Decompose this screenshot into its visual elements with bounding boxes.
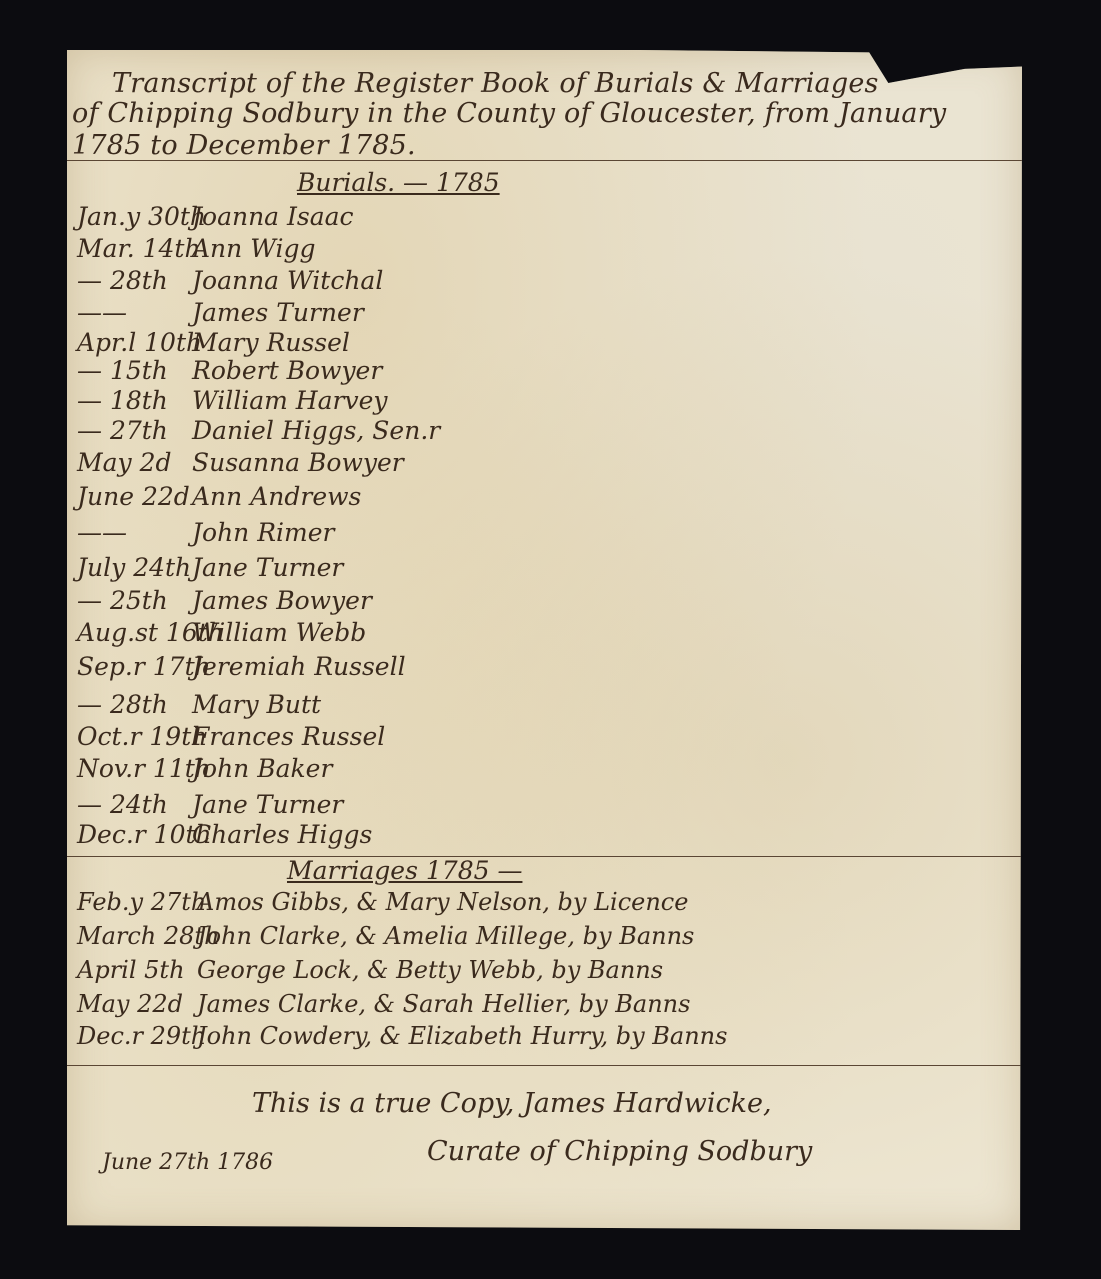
marriage-entry: Feb.y 27thAmos Gibbs, & Mary Nelson, by … [77, 888, 688, 916]
marriage-text: John Cowdery, & Elizabeth Hurry, by Bann… [197, 1022, 727, 1050]
burial-date: — 28th [77, 690, 192, 719]
burial-date: June 22d [77, 482, 192, 511]
burial-date: Jan.y 30th [77, 202, 192, 231]
burial-name: Mary Butt [192, 690, 321, 719]
burial-date: — 15th [77, 356, 192, 385]
burial-entry: Dec.r 10thCharles Higgs [77, 820, 372, 848]
burial-entry: Apr.l 10thMary Russel [77, 328, 350, 356]
burial-name: Jeremiah Russell [192, 652, 406, 681]
burial-entry: Mar. 14thAnn Wigg [77, 234, 315, 262]
burial-name: William Harvey [192, 386, 388, 415]
marriages-divider [67, 1065, 1022, 1066]
burial-date: Dec.r 10th [77, 820, 192, 849]
burial-entry: — 28thJoanna Witchal [77, 266, 383, 294]
burial-date: Aug.st 16th [77, 618, 192, 647]
burial-name: Frances Russel [192, 722, 385, 751]
attestation-line-1: This is a true Copy, James Hardwicke, [252, 1088, 772, 1119]
burial-name: Ann Wigg [192, 234, 315, 263]
marriage-text: George Lock, & Betty Webb, by Banns [197, 956, 663, 984]
marriage-entry: May 22dJames Clarke, & Sarah Hellier, by… [77, 990, 690, 1018]
burial-name: Joanna Witchal [192, 266, 383, 295]
burial-entry: Jan.y 30thJoanna Isaac [77, 202, 354, 230]
marriage-entry: Dec.r 29thJohn Cowdery, & Elizabeth Hurr… [77, 1022, 727, 1050]
marriage-text: James Clarke, & Sarah Hellier, by Banns [197, 990, 690, 1018]
burial-date: May 2d [77, 448, 192, 477]
burial-date: — 24th [77, 790, 192, 819]
manuscript-page: Transcript of the Register Book of Buria… [67, 50, 1022, 1230]
burial-name: Jane Turner [192, 553, 343, 582]
burial-entry: — 25thJames Bowyer [77, 586, 372, 614]
burial-name: Robert Bowyer [192, 356, 382, 385]
burials-divider [67, 856, 1022, 857]
burial-entry: Oct.r 19thFrances Russel [77, 722, 385, 750]
marriage-date: March 28th [77, 922, 197, 950]
burial-entry: Sep.r 17thJeremiah Russell [77, 652, 406, 680]
burial-entry: — 15thRobert Bowyer [77, 356, 382, 384]
marriage-date: Dec.r 29th [77, 1022, 197, 1050]
burial-name: Jane Turner [192, 790, 343, 819]
marriage-text: Amos Gibbs, & Mary Nelson, by Licence [197, 888, 688, 916]
burial-name: Daniel Higgs, Sen.r [192, 416, 440, 445]
marriage-text: John Clarke, & Amelia Millege, by Banns [197, 922, 694, 950]
title-line-2: of Chipping Sodbury in the County of Glo… [72, 98, 946, 129]
burial-name: James Bowyer [192, 586, 372, 615]
burial-entry: July 24thJane Turner [77, 553, 343, 581]
burial-name: John Baker [192, 754, 332, 783]
burial-name: James Turner [192, 298, 364, 327]
burial-date: July 24th [77, 553, 192, 582]
marriages-heading: Marriages 1785 — [287, 856, 522, 885]
burials-heading: Burials. — 1785 [297, 168, 500, 197]
burial-entry: — 18thWilliam Harvey [77, 386, 388, 414]
attestation-line-2: Curate of Chipping Sodbury [427, 1136, 812, 1167]
burial-name: Susanna Bowyer [192, 448, 404, 477]
burial-date: —— [77, 298, 192, 327]
burial-entry: — 24thJane Turner [77, 790, 343, 818]
burial-date: Mar. 14th [77, 234, 192, 263]
marriage-entry: March 28thJohn Clarke, & Amelia Millege,… [77, 922, 694, 950]
burial-date: — 27th [77, 416, 192, 445]
burial-date: — 18th [77, 386, 192, 415]
burial-name: Joanna Isaac [192, 202, 354, 231]
burial-name: Ann Andrews [192, 482, 361, 511]
marriage-entry: April 5thGeorge Lock, & Betty Webb, by B… [77, 956, 663, 984]
burial-date: Sep.r 17th [77, 652, 192, 681]
burial-date: —— [77, 518, 192, 547]
marriage-date: May 22d [77, 990, 197, 1018]
burial-name: John Rimer [192, 518, 335, 547]
title-divider [67, 160, 1022, 161]
burial-entry: ——John Rimer [77, 518, 335, 546]
burial-entry: Aug.st 16thWilliam Webb [77, 618, 366, 646]
burial-name: Mary Russel [192, 328, 350, 357]
burial-name: William Webb [192, 618, 366, 647]
burial-entry: Nov.r 11thJohn Baker [77, 754, 332, 782]
attestation-date: June 27th 1786 [102, 1150, 273, 1175]
title-line-3: 1785 to December 1785. [72, 130, 416, 161]
marriage-date: Feb.y 27th [77, 888, 197, 916]
marriage-date: April 5th [77, 956, 197, 984]
burial-date: Apr.l 10th [77, 328, 192, 357]
burial-date: — 25th [77, 586, 192, 615]
title-line-1: Transcript of the Register Book of Buria… [112, 68, 879, 99]
burial-date: — 28th [77, 266, 192, 295]
burial-name: Charles Higgs [192, 820, 372, 849]
burial-entry: ——James Turner [77, 298, 364, 326]
burial-entry: — 27thDaniel Higgs, Sen.r [77, 416, 440, 444]
burial-date: Oct.r 19th [77, 722, 192, 751]
burial-date: Nov.r 11th [77, 754, 192, 783]
burial-entry: — 28thMary Butt [77, 690, 321, 718]
burial-entry: June 22dAnn Andrews [77, 482, 361, 510]
burial-entry: May 2dSusanna Bowyer [77, 448, 404, 476]
